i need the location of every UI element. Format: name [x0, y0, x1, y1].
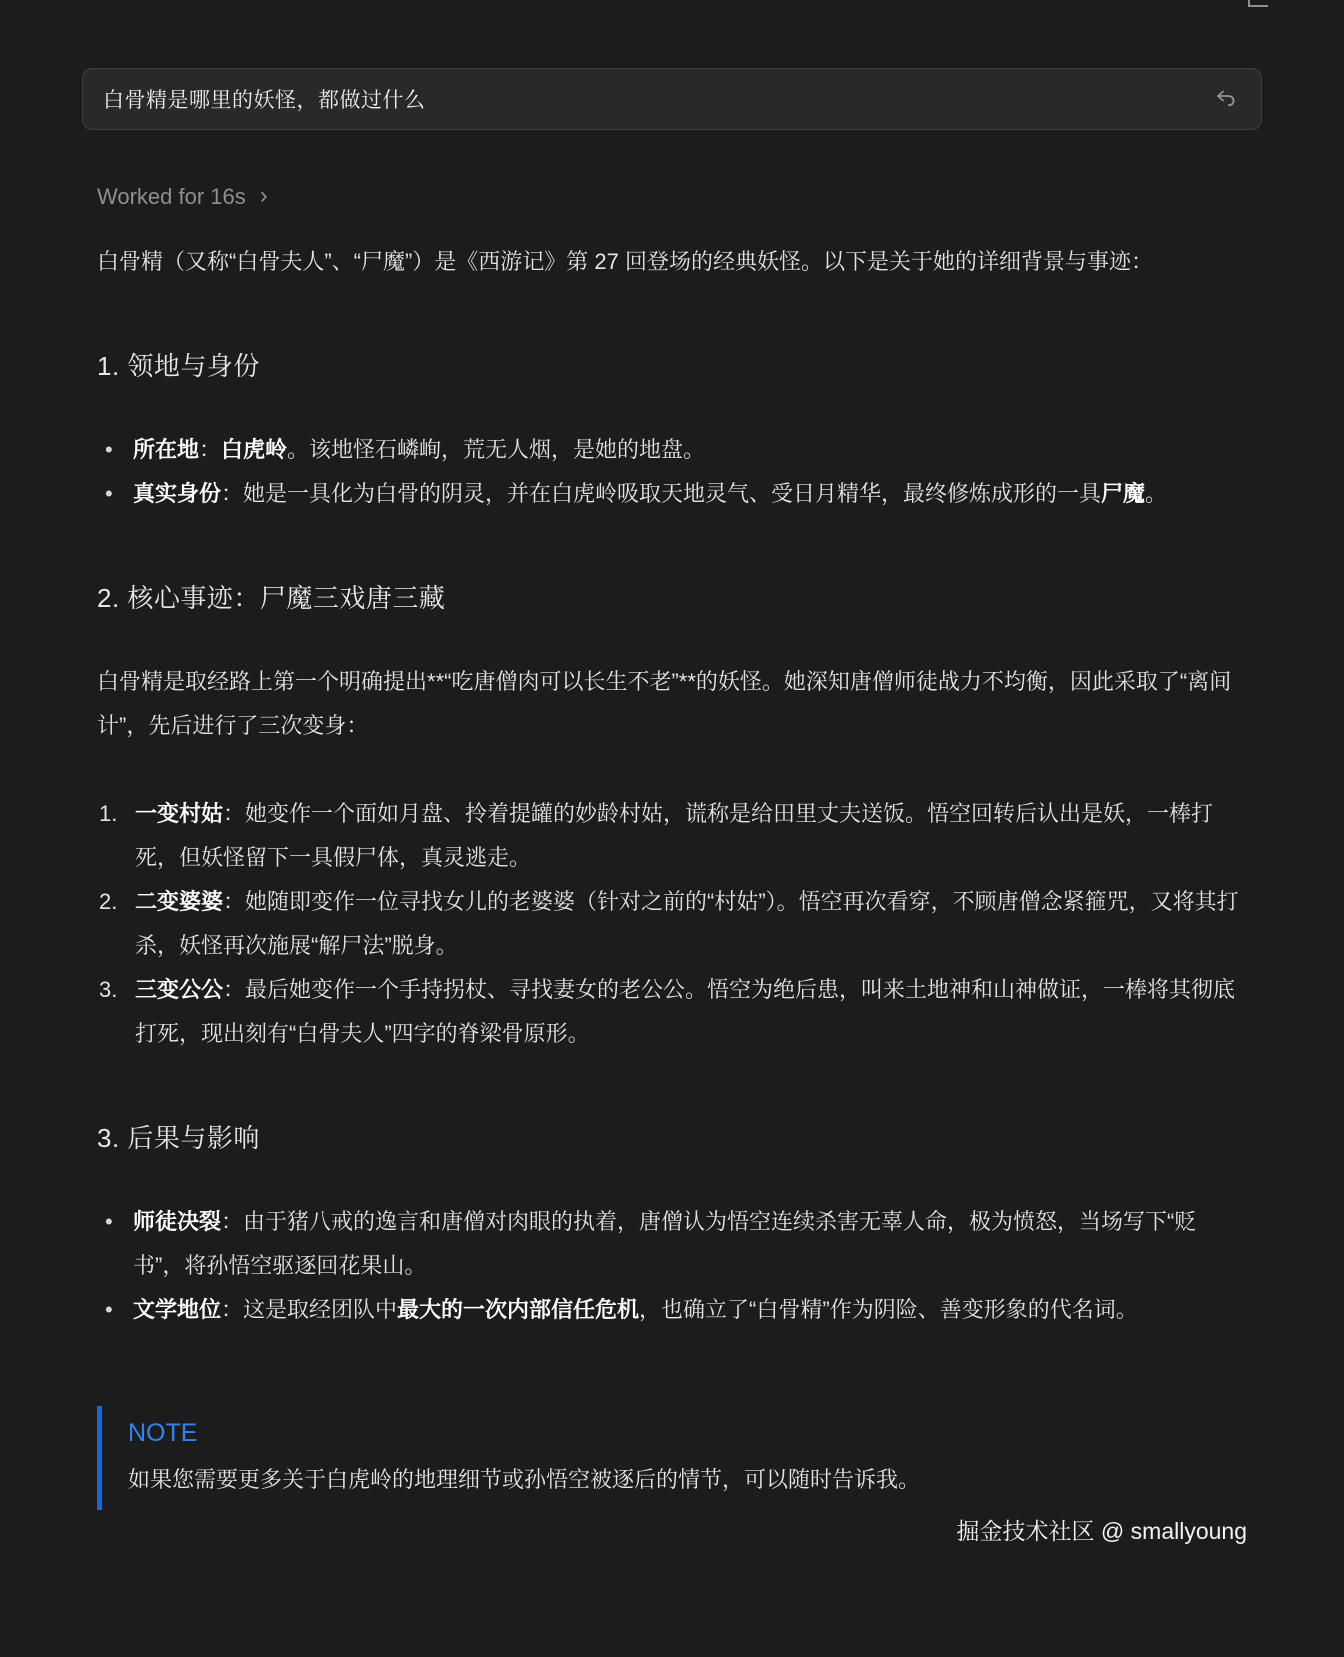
section-heading: 2. 核心事迹：尸魔三戏唐三藏: [97, 582, 1247, 614]
list-item: 二变婆婆：她随即变作一位寻找女儿的老婆婆（针对之前的“村姑”）。悟空再次看穿，不…: [97, 880, 1247, 968]
note-text: 如果您需要更多关于白虎岭的地理细节或孙悟空被逐后的情节，可以随时告诉我。: [128, 1464, 1247, 1496]
undo-button[interactable]: [1211, 84, 1241, 114]
bold-run: 最大的一次内部信任危机: [397, 1297, 639, 1322]
text-run: ：由于猪八戒的逸言和唐僧对肉眼的执着，唐僧认为悟空连续杀害无辜人命，极为愤怒，当…: [133, 1209, 1196, 1278]
section-heading: 1. 领地与身份: [97, 350, 1247, 382]
bold-run: 尸魔: [1101, 481, 1145, 506]
text-run: ：她随即变作一位寻找女儿的老婆婆（针对之前的“村姑”）。悟空再次看穿，不顾唐僧念…: [135, 889, 1239, 958]
bold-run: 三变公公: [135, 977, 223, 1002]
section-heading: 3. 后果与影响: [97, 1122, 1247, 1154]
text-run: ，也确立了“白骨精”作为阴险、善变形象的代名词。: [639, 1297, 1138, 1322]
bold-run: 师徒决裂: [133, 1209, 221, 1234]
list-item: 一变村姑：她变作一个面如月盘、拎着提罐的妙龄村姑，谎称是给田里丈夫送饭。悟空回转…: [97, 792, 1247, 880]
chevron-right-icon: ›: [260, 184, 268, 208]
text-run: 。该地怪石嶙峋，荒无人烟，是她的地盘。: [287, 437, 705, 462]
list-item: 所在地：白虎岭。该地怪石嶙峋，荒无人烟，是她的地盘。: [97, 428, 1247, 472]
numbered-list: 一变村姑：她变作一个面如月盘、拎着提罐的妙龄村姑，谎称是给田里丈夫送饭。悟空回转…: [97, 792, 1247, 1056]
text-run: ：最后她变作一个手持拐杖、寻找妻女的老公公。悟空为绝后患，叫来土地神和山神做证，…: [135, 977, 1235, 1046]
worked-status-label: Worked for 16s: [97, 184, 246, 210]
text-run: 白骨精（又称“白骨夫人”、“尸魔”）是《西游记》第 27 回登场的经典妖怪。以下…: [97, 249, 1153, 274]
bold-run: 文学地位: [133, 1297, 221, 1322]
text-run: ：她是一具化为白骨的阴灵，并在白虎岭吸取天地灵气、受日月精华，最终修炼成形的一具: [221, 481, 1101, 506]
bullet-list: 所在地：白虎岭。该地怪石嶙峋，荒无人烟，是她的地盘。真实身份：她是一具化为白骨的…: [97, 428, 1247, 516]
note-label: NOTE: [128, 1418, 1247, 1448]
text-run: ：她变作一个面如月盘、拎着提罐的妙龄村姑，谎称是给田里丈夫送饭。悟空回转后认出是…: [135, 801, 1213, 870]
worked-status-toggle[interactable]: Worked for 16s ›: [97, 184, 268, 210]
bold-run: 二变婆婆: [135, 889, 223, 914]
clipped-toolbar-icon: [1248, 0, 1268, 7]
question-text: 白骨精是哪里的妖怪，都做过什么: [103, 84, 426, 114]
text-run: ：: [199, 437, 221, 462]
list-item: 师徒决裂：由于猪八戒的逸言和唐僧对肉眼的执着，唐僧认为悟空连续杀害无辜人命，极为…: [97, 1200, 1247, 1288]
text-run: 。: [1145, 481, 1167, 506]
list-item: 真实身份：她是一具化为白骨的阴灵，并在白虎岭吸取天地灵气、受日月精华，最终修炼成…: [97, 472, 1247, 516]
bullet-list: 师徒决裂：由于猪八戒的逸言和唐僧对肉眼的执着，唐僧认为悟空连续杀害无辜人命，极为…: [97, 1200, 1247, 1332]
paragraph: 白骨精是取经路上第一个明确提出**“吃唐僧肉可以长生不老”**的妖怪。她深知唐僧…: [97, 660, 1247, 748]
note-callout: NOTE如果您需要更多关于白虎岭的地理细节或孙悟空被逐后的情节，可以随时告诉我。: [97, 1406, 1247, 1510]
bold-run: 白虎岭: [221, 437, 287, 462]
undo-icon: [1214, 86, 1238, 113]
bold-run: 一变村姑: [135, 801, 223, 826]
text-run: ：这是取经团队中: [221, 1297, 397, 1322]
text-run: 白骨精是取经路上第一个明确提出**“吃唐僧肉可以长生不老”**的妖怪。她深知唐僧…: [97, 669, 1231, 738]
bold-run: 真实身份: [133, 481, 221, 506]
list-item: 三变公公：最后她变作一个手持拐杖、寻找妻女的老公公。悟空为绝后患，叫来土地神和山…: [97, 968, 1247, 1056]
paragraph: 白骨精（又称“白骨夫人”、“尸魔”）是《西游记》第 27 回登场的经典妖怪。以下…: [97, 240, 1247, 284]
list-item: 文学地位：这是取经团队中最大的一次内部信任危机，也确立了“白骨精”作为阴险、善变…: [97, 1288, 1247, 1332]
answer-body: 白骨精（又称“白骨夫人”、“尸魔”）是《西游记》第 27 回登场的经典妖怪。以下…: [97, 240, 1247, 1510]
question-input[interactable]: 白骨精是哪里的妖怪，都做过什么: [82, 68, 1262, 130]
bold-run: 所在地: [133, 437, 199, 462]
watermark-credit: 掘金技术社区 @ smallyoung: [97, 1514, 1247, 1548]
chat-page: 白骨精是哪里的妖怪，都做过什么 Worked for 16s › 白骨精（又称“…: [0, 68, 1344, 1548]
